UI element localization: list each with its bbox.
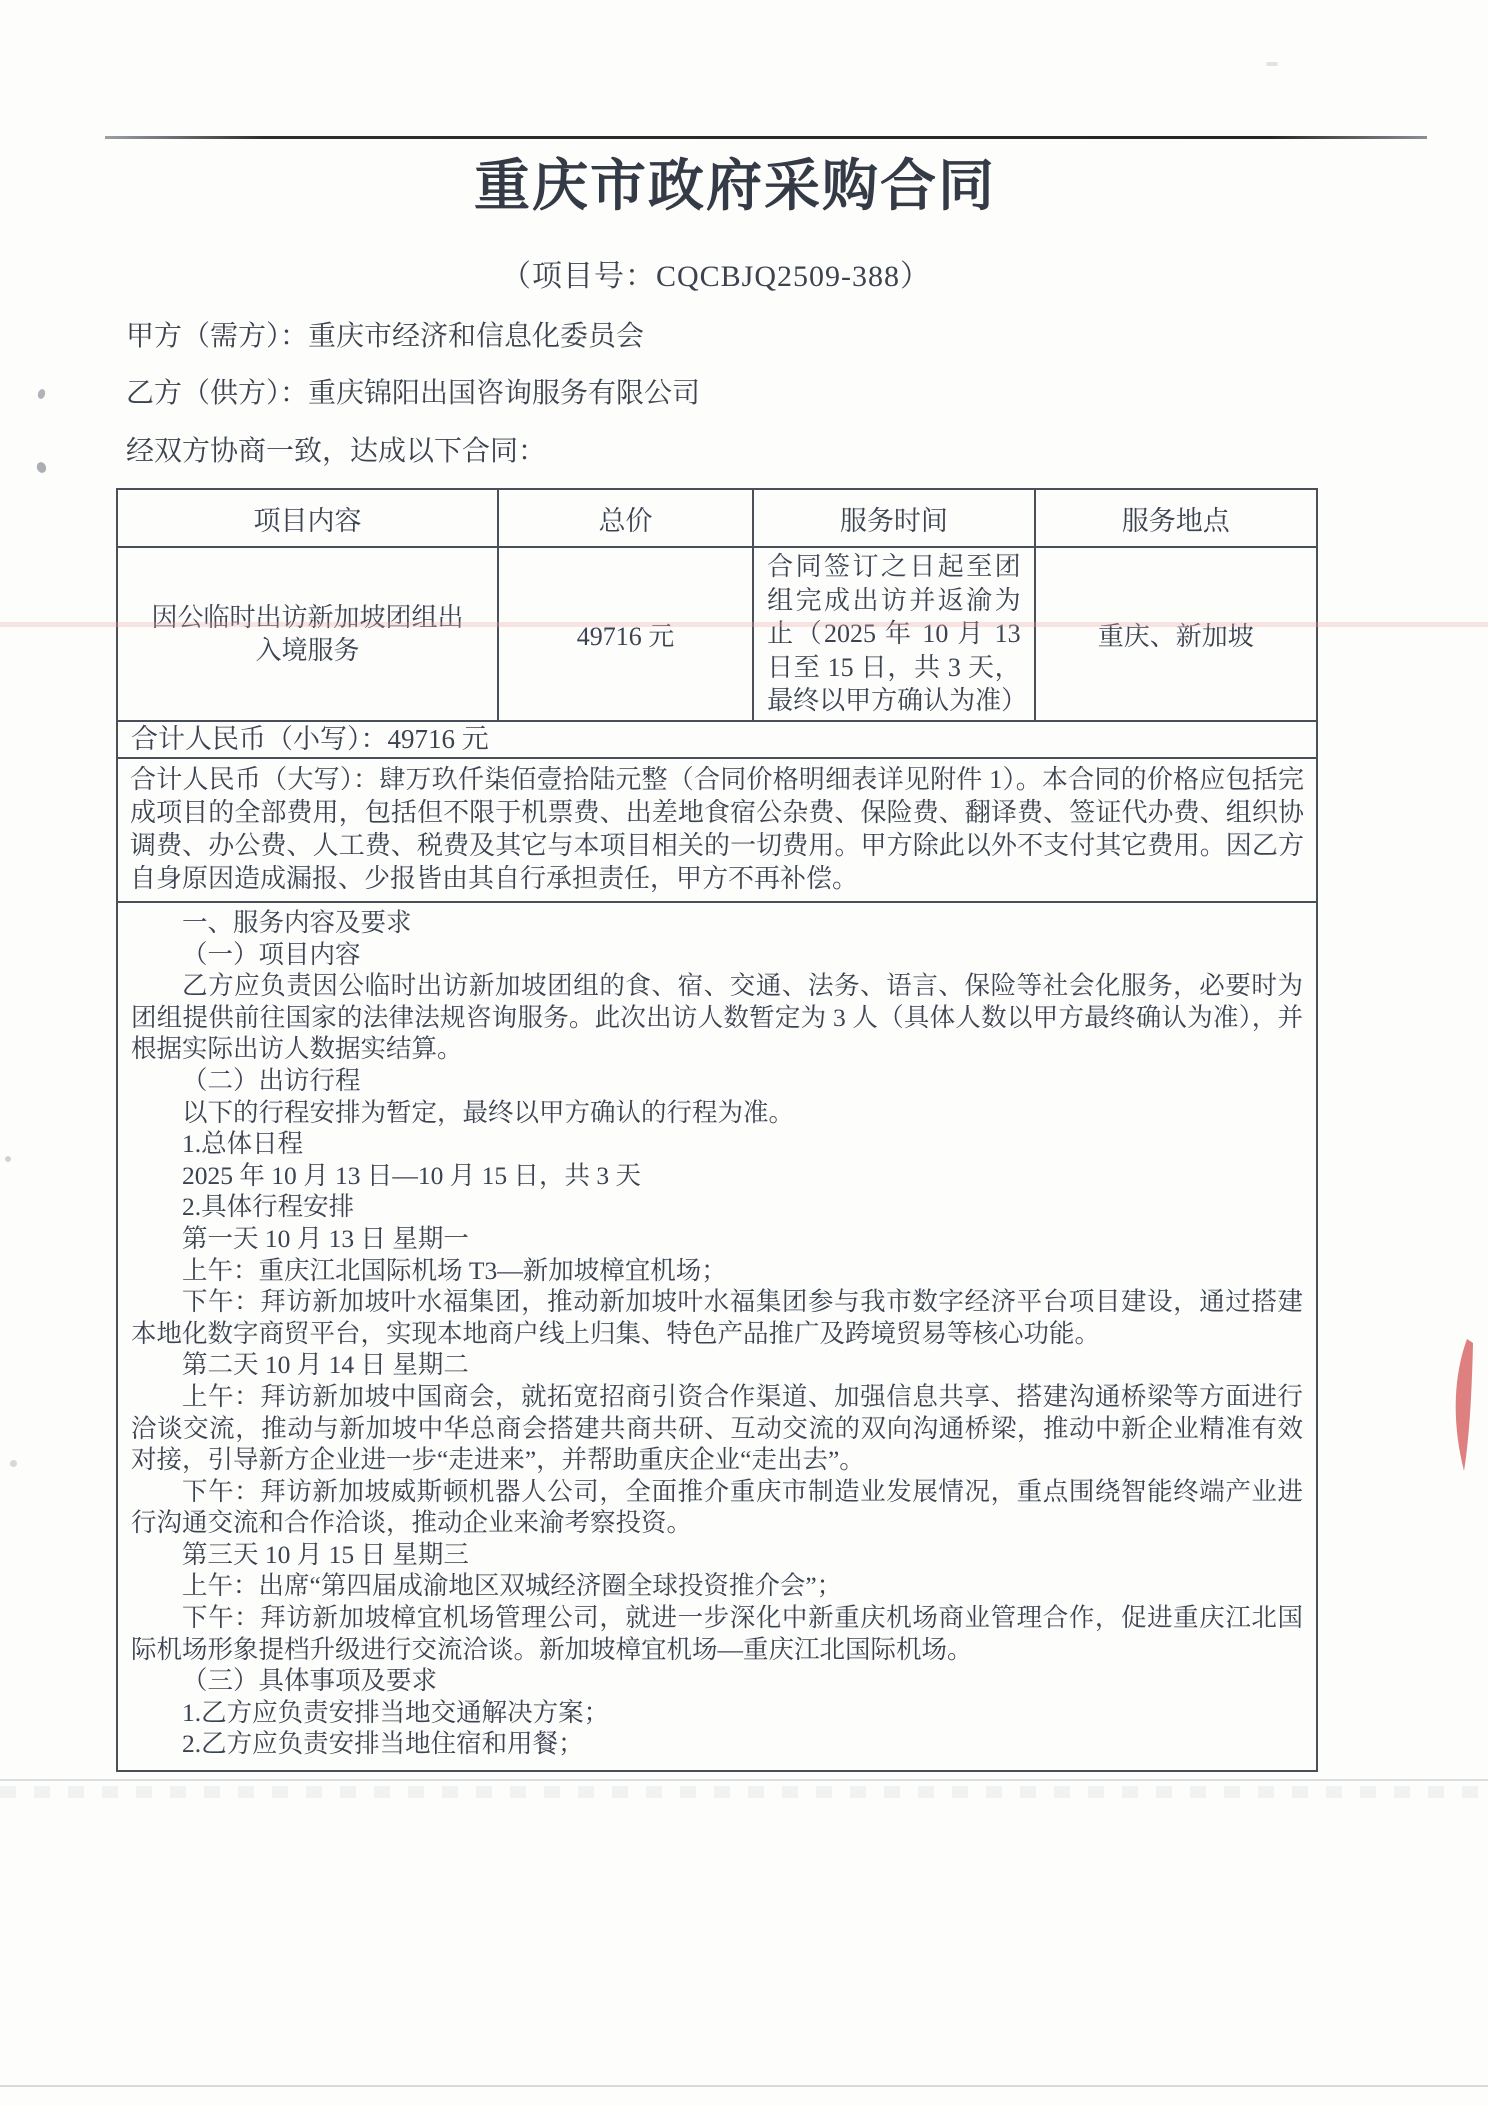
header-cell-total-price: 总价 (499, 490, 754, 546)
scan-bottom-edge-line (0, 2085, 1488, 2087)
cell-item-content: 因公临时出访新加坡团组出入境服务 (118, 548, 499, 720)
cell-service-time: 合同签订之日起至团组完成出访并返渝为止（2025 年 10 月 13 日至 15… (754, 548, 1036, 720)
service-paragraph: 上午：重庆江北国际机场 T3—新加坡樟宜机场； (131, 1255, 1303, 1287)
service-paragraph: 一、服务内容及要求 (131, 907, 1303, 939)
service-paragraph: 2.具体行程安排 (131, 1191, 1303, 1223)
scanner-pink-streak (0, 622, 1488, 627)
service-paragraph: 第一天 10 月 13 日 星期一 (131, 1223, 1303, 1255)
service-paragraph: 1.乙方应负责安排当地交通解决方案； (131, 1697, 1303, 1729)
service-paragraph: 上午：拜访新加坡中国商会，就拓宽招商引资合作渠道、加强信息共享、搭建沟通桥梁等方… (131, 1381, 1303, 1476)
service-paragraph: 下午：拜访新加坡樟宜机场管理公司，就进一步深化中新重庆机场商业管理合作，促进重庆… (131, 1602, 1303, 1665)
project-number: （项目号：CQCBJQ2509-388） (0, 251, 1432, 295)
document-title: 重庆市政府采购合同 (0, 142, 1470, 222)
agreement-intro-line: 经双方协商一致，达成以下合同： (126, 429, 546, 469)
service-paragraph: 第二天 10 月 14 日 星期二 (131, 1349, 1303, 1381)
contract-table-header-row: 项目内容 总价 服务时间 服务地点 (118, 490, 1316, 548)
service-paragraph: （二）出访行程 (131, 1065, 1303, 1097)
service-paragraph: 上午：出席“第四届成渝地区双城经济圈全球投资推介会”； (131, 1570, 1303, 1602)
service-paragraph: 1.总体日程 (131, 1128, 1303, 1160)
service-paragraph: （三）具体事项及要求 (131, 1665, 1303, 1697)
cell-service-location: 重庆、新加坡 (1036, 548, 1316, 720)
service-paragraph: 下午：拜访新加坡威斯顿机器人公司，全面推介重庆市制造业发展情况，重点围绕智能终端… (131, 1476, 1303, 1539)
scan-noise-band (0, 1786, 1488, 1798)
total-amount-lowercase-row: 合计人民币（小写）：49716 元 (118, 722, 1316, 759)
service-paragraph: 第三天 10 月 15 日 星期三 (131, 1539, 1303, 1571)
service-paragraph: 下午：拜访新加坡叶水福集团，推动新加坡叶水福集团参与我市数字经济平台项目建设，通… (131, 1286, 1303, 1349)
service-content-section: 一、服务内容及要求（一）项目内容乙方应负责因公临时出访新加坡团组的食、宿、交通、… (118, 903, 1316, 1770)
cell-total-price: 49716 元 (499, 548, 754, 720)
scanned-contract-page: 重庆市政府采购合同 （项目号：CQCBJQ2509-388） 甲方（需方）：重庆… (0, 0, 1488, 2106)
header-cell-service-location: 服务地点 (1036, 490, 1316, 546)
red-stamp-arc (1440, 1334, 1488, 1476)
header-cell-service-time: 服务时间 (754, 490, 1036, 546)
scan-speck (10, 1460, 17, 1467)
service-paragraph: （一）项目内容 (131, 939, 1303, 971)
service-paragraph: 以下的行程安排为暂定，最终以甲方确认的行程为准。 (131, 1097, 1303, 1129)
scan-fold-line (0, 1779, 1488, 1781)
title-divider-rule (105, 136, 1427, 139)
scan-speck (37, 388, 47, 400)
service-paragraph: 2.乙方应负责安排当地住宿和用餐； (131, 1728, 1303, 1760)
service-paragraph: 2025 年 10 月 13 日—10 月 15 日，共 3 天 (131, 1160, 1303, 1192)
service-paragraph: 乙方应负责因公临时出访新加坡团组的食、宿、交通、法务、语言、保险等社会化服务，必… (131, 970, 1303, 1065)
party-a-line: 甲方（需方）：重庆市经济和信息化委员会 (126, 314, 644, 354)
contract-table: 项目内容 总价 服务时间 服务地点 因公临时出访新加坡团组出入境服务 49716… (116, 488, 1318, 1772)
scan-speck (1266, 62, 1278, 66)
contract-table-data-row: 因公临时出访新加坡团组出入境服务 49716 元 合同签订之日起至团组完成出访并… (118, 548, 1316, 722)
cell-service-time-text: 合同签订之日起至团组完成出访并返渝为止（2025 年 10 月 13 日至 15… (767, 550, 1021, 718)
total-amount-uppercase-row: 合计人民币（大写）：肆万玖仟柒佰壹拾陆元整（合同价格明细表详见附件 1）。本合同… (118, 759, 1316, 903)
party-b-line: 乙方（供方）：重庆锦阳出国咨询服务有限公司 (126, 371, 700, 411)
scan-speck (35, 461, 48, 475)
scan-speck (5, 1156, 11, 1162)
header-cell-item-content: 项目内容 (118, 490, 499, 546)
